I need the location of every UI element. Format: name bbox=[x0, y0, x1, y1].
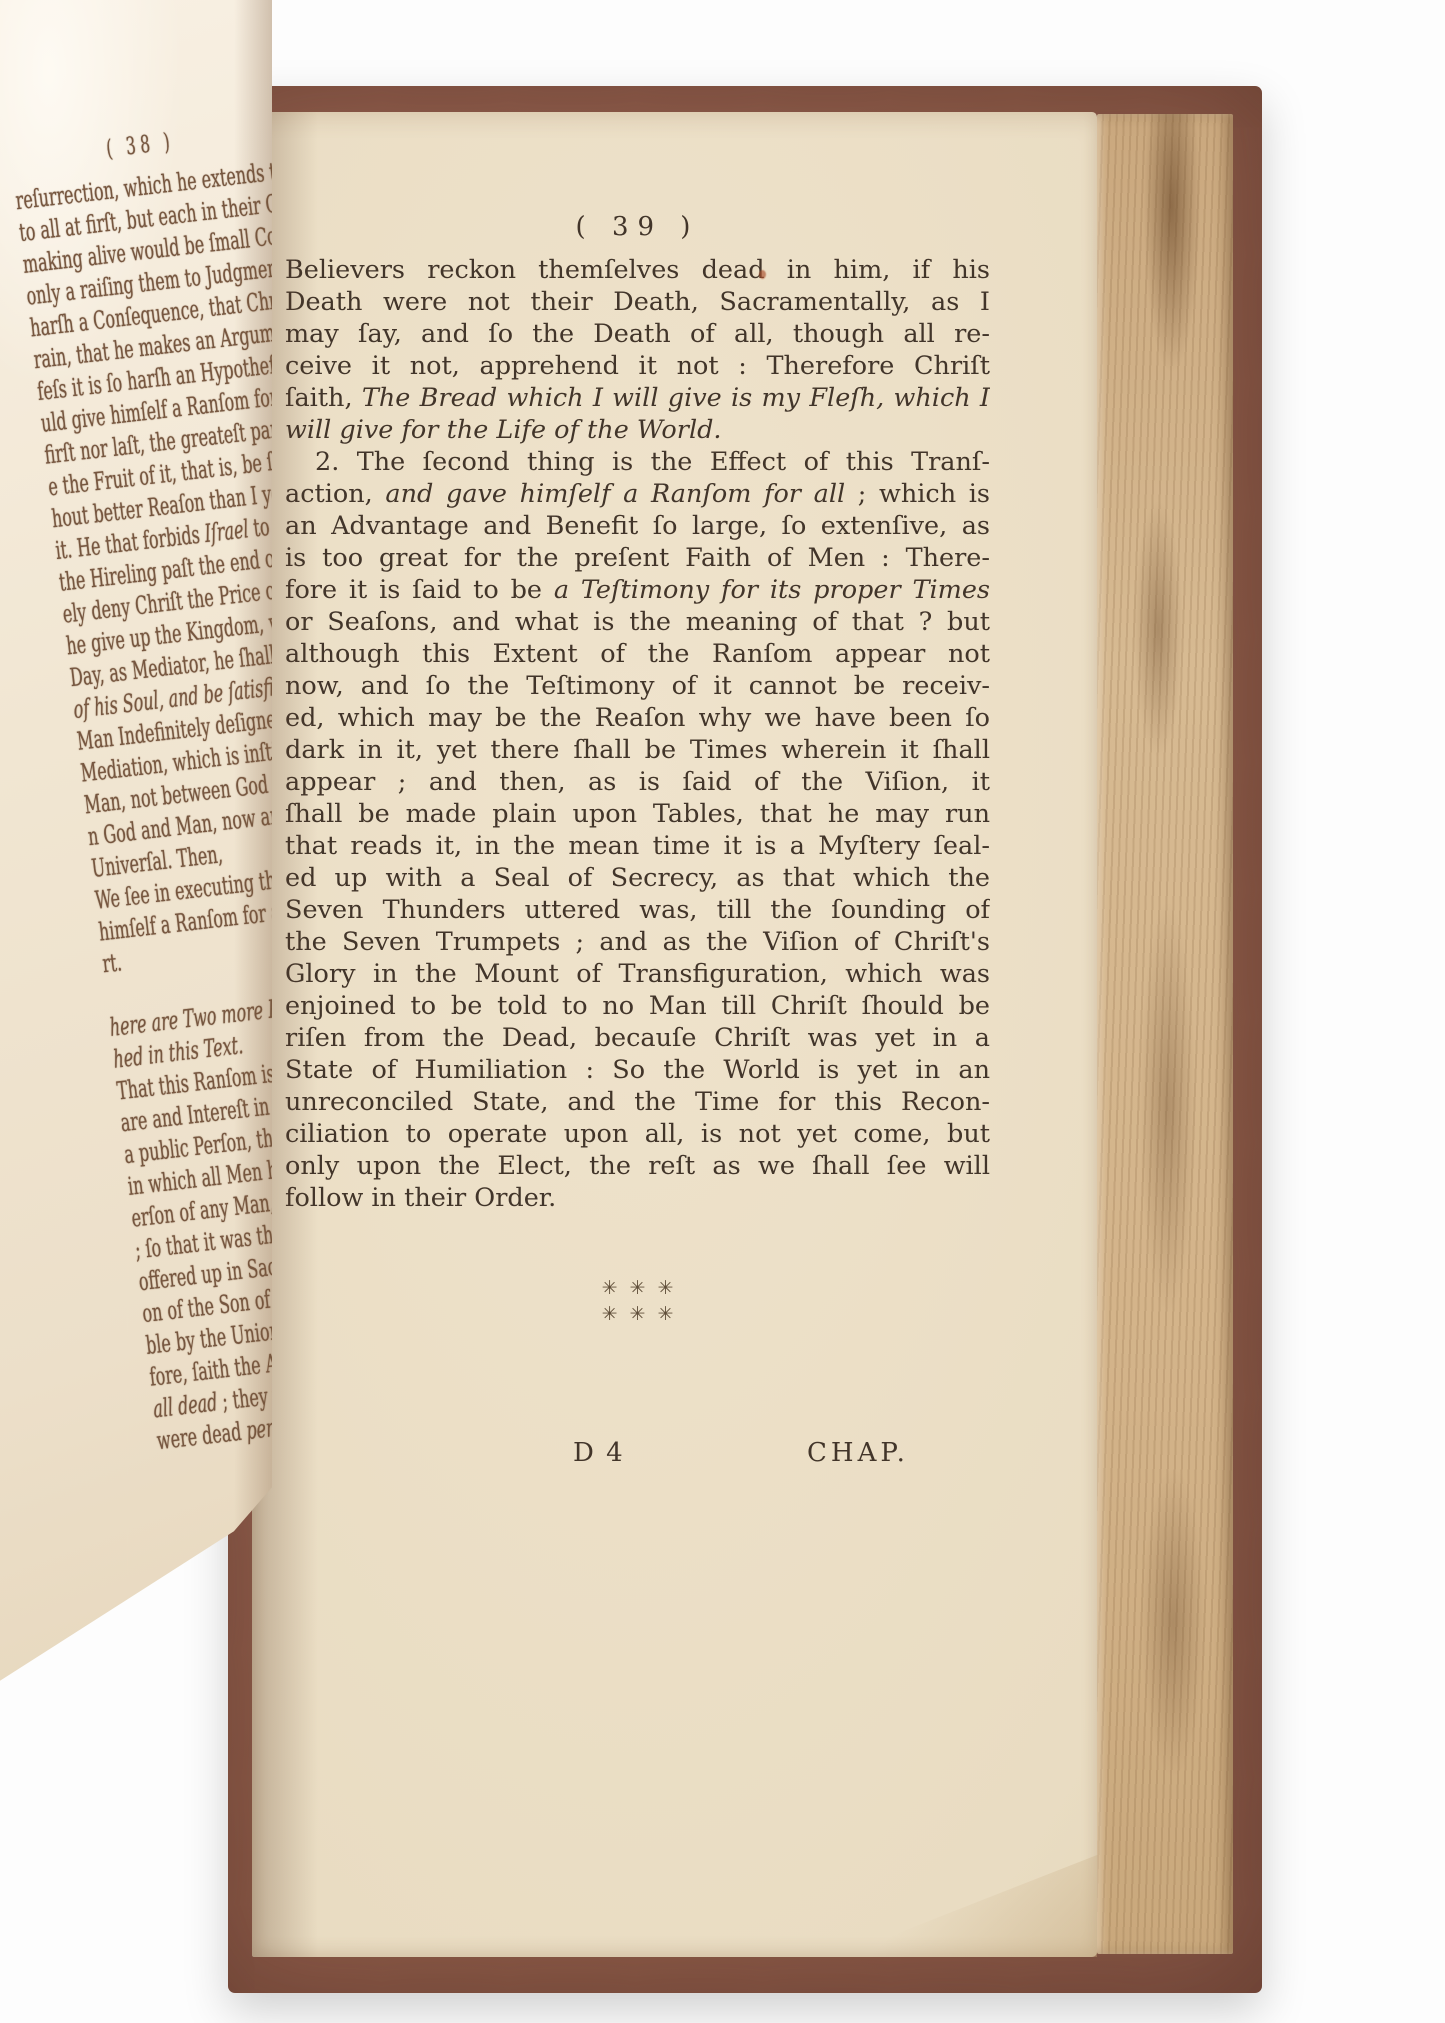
fleuron-icon: ✳ bbox=[630, 1277, 658, 1299]
catchword: CHAP. bbox=[807, 1438, 909, 1468]
right-page-text: Believers reckon themſelves dead in him,… bbox=[285, 254, 990, 1214]
fleuron-icon: ✳ bbox=[602, 1277, 630, 1299]
text-line: ceive it not, apprehend it not : Therefo… bbox=[285, 350, 990, 382]
text-line: appear ; and then, as is ſaid of the Viſ… bbox=[285, 766, 990, 798]
right-page-number: ( 39 ) bbox=[285, 212, 990, 242]
text-line: that reads it, in the mean time it is a … bbox=[285, 830, 990, 862]
text-line: now, and ſo the Teſtimony of it cannot b… bbox=[285, 670, 990, 702]
text-line: Seven Thunders uttered was, till the ſou… bbox=[285, 894, 990, 926]
left-page: ( 38 ) reſurrection, which he extends to… bbox=[0, 0, 272, 1760]
fleuron-ornament: ✳✳✳✳✳✳ bbox=[285, 1275, 990, 1327]
fleuron-icon: ✳ bbox=[630, 1303, 658, 1325]
text-line: or Seaſons, and what is the meaning of t… bbox=[285, 606, 990, 638]
fleuron-icon: ✳ bbox=[602, 1303, 630, 1325]
paper-stain bbox=[759, 270, 766, 279]
text-line: ed up with a Seal of Secrecy, as that wh… bbox=[285, 862, 990, 894]
text-line: ſaith, The Bread which I will give is my… bbox=[285, 382, 990, 414]
text-line: is too great for the preſent Faith of Me… bbox=[285, 542, 990, 574]
text-line: unreconciled State, and the Time for thi… bbox=[285, 1086, 990, 1118]
text-line: 2. The ſecond thing is the Effect of thi… bbox=[285, 446, 990, 478]
fleuron-icon: ✳ bbox=[657, 1277, 685, 1299]
text-line: dark in it, yet there ſhall be Times whe… bbox=[285, 734, 990, 766]
page-corner-wear bbox=[837, 1837, 1097, 1957]
text-line: follow in their Order. bbox=[285, 1182, 990, 1214]
book-cover: ( 39 ) Believers reckon themſelves dead … bbox=[228, 86, 1262, 1993]
text-line: may ſay, and ſo the Death of all, though… bbox=[285, 318, 990, 350]
page-fore-edges bbox=[1097, 114, 1233, 1954]
text-line: ciliation to operate upon all, is not ye… bbox=[285, 1118, 990, 1150]
signature-mark: D 4 bbox=[573, 1438, 625, 1468]
text-line: the Seven Trumpets ; and as the Viſion o… bbox=[285, 926, 990, 958]
text-line: riſen from the Dead, becauſe Chriſt was … bbox=[285, 1022, 990, 1054]
left-page-text: reſurrection, which he extends to all Me… bbox=[14, 154, 272, 1457]
text-line: Glory in the Mount of Transfiguration, w… bbox=[285, 958, 990, 990]
text-line: enjoined to be told to no Man till Chriſ… bbox=[285, 990, 990, 1022]
text-line: although this Extent of the Ranſom appea… bbox=[285, 638, 990, 670]
left-page-rotated-block: ( 38 ) reſurrection, which he extends to… bbox=[9, 113, 272, 1489]
text-line: Believers reckon themſelves dead in him,… bbox=[285, 254, 990, 286]
text-line: an Advantage and Benefit ſo large, ſo ex… bbox=[285, 510, 990, 542]
right-page: ( 39 ) Believers reckon themſelves dead … bbox=[252, 112, 1097, 1957]
text-line: ſhall be made plain upon Tables, that he… bbox=[285, 798, 990, 830]
signature-line: D 4 CHAP. bbox=[285, 1438, 990, 1474]
text-line: fore it is ſaid to be a Teſtimony for it… bbox=[285, 574, 990, 606]
fleuron-row: ✳✳✳ bbox=[285, 1301, 990, 1327]
text-line: will give for the Life of the World. bbox=[285, 414, 990, 446]
fleuron-row: ✳✳✳ bbox=[285, 1275, 990, 1301]
text-line: State of Humiliation : So the World is y… bbox=[285, 1054, 990, 1086]
text-line: only upon the Elect, the reſt as we ſhal… bbox=[285, 1150, 990, 1182]
fleuron-icon: ✳ bbox=[657, 1303, 685, 1325]
text-line: action, and gave himſelf a Ranſom for al… bbox=[285, 478, 990, 510]
photo-background: ( 39 ) Believers reckon themſelves dead … bbox=[0, 0, 1445, 2023]
text-line: Death were not their Death, Sacramentall… bbox=[285, 286, 990, 318]
text-line: ed, which may be the Reaſon why we have … bbox=[285, 702, 990, 734]
left-page-number: ( 38 ) bbox=[105, 113, 272, 165]
